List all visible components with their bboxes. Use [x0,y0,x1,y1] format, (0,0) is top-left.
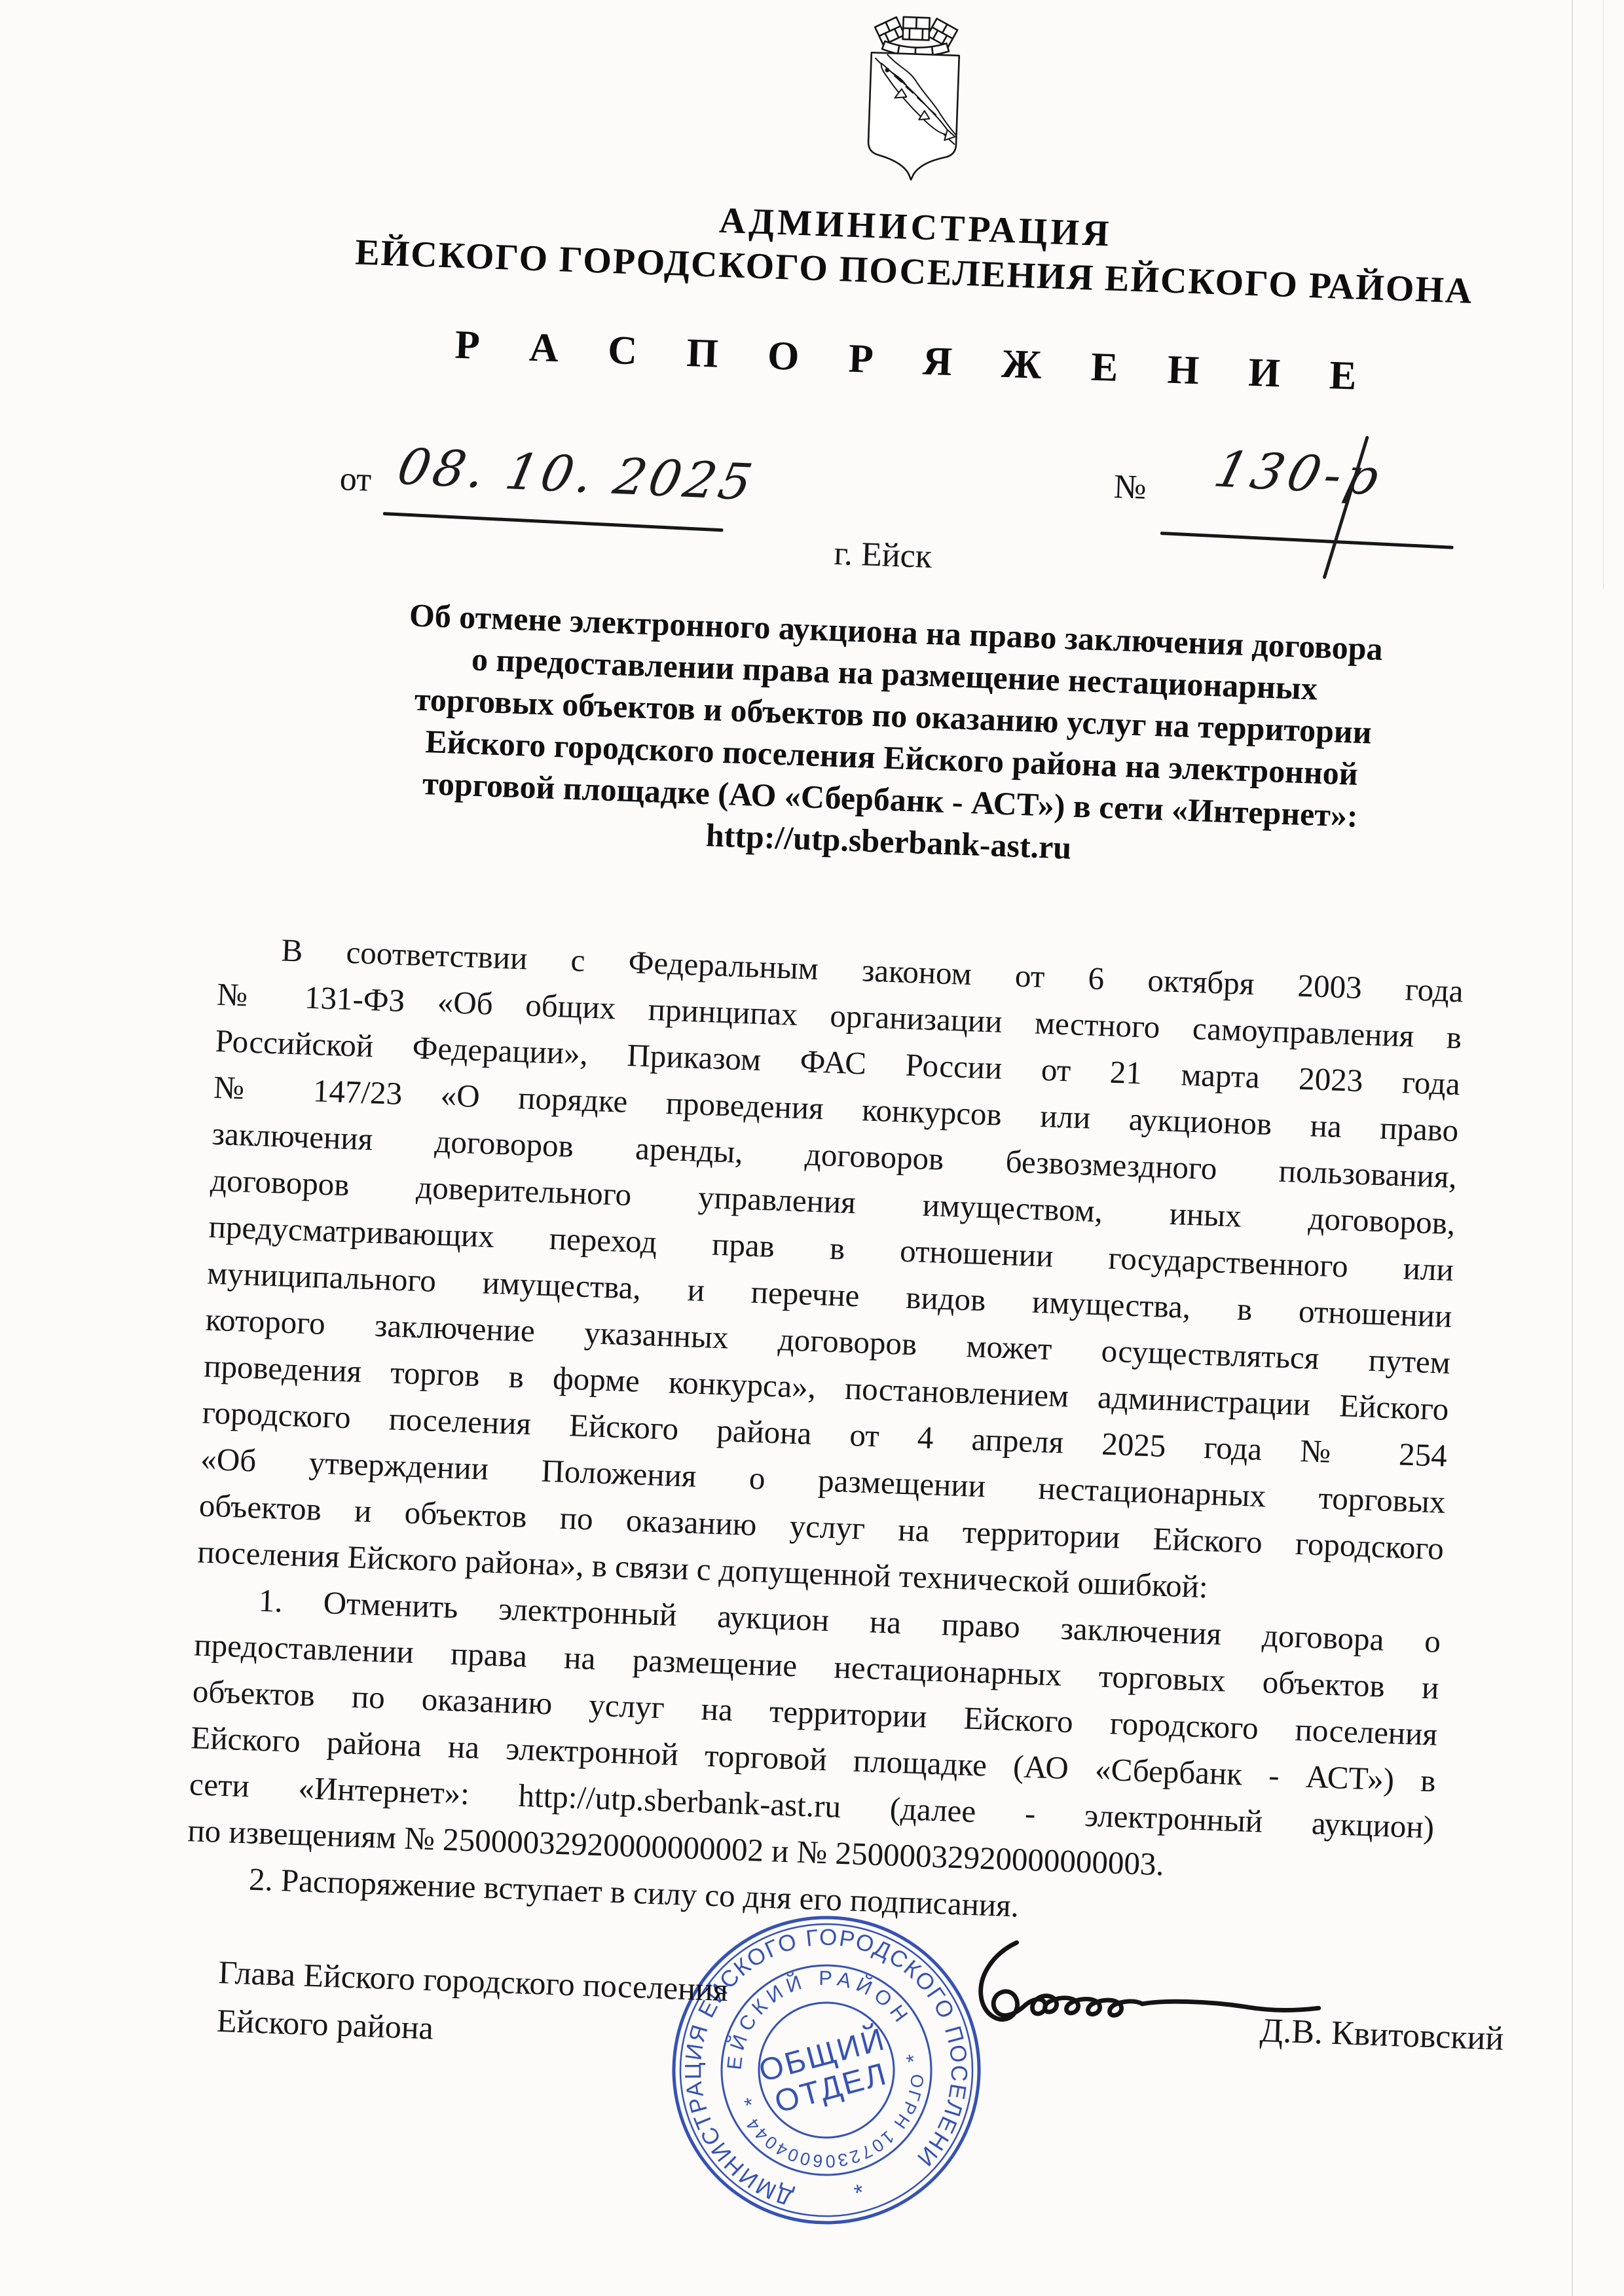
handwritten-signature-icon [904,1930,1369,2091]
handwritten-date: 08. 10. 2025 [393,437,760,511]
yeysk-coat-of-arms-icon [861,12,966,198]
stamp-separator-bottom: * [851,2178,867,2206]
stamp-separator-left: * [742,2092,756,2117]
scan-edge-artifact [1572,0,1573,2296]
body-paragraphs: В соответствии с Федеральным законом от … [185,924,1464,1943]
document-type-heading: Р А С П О Р Я Ж Е Н И Е [274,316,1558,407]
shield [867,52,959,181]
number-label: № [1113,467,1147,507]
place-line: г. Ейск [274,515,1492,596]
header-organization: АДМИНИСТРАЦИЯ ЕЙСКОГО ГОРОДСКОГО ПОСЕЛЕН… [272,183,1558,317]
date-label: от [339,460,372,500]
document-title: Об отмене электронного аукциона на право… [267,589,1519,884]
scanned-document-page: АДМИНИСТРАЦИЯ ЕЙСКОГО ГОРОДСКОГО ПОСЕЛЕН… [0,0,1624,2296]
scan-edge-artifact-2 [1603,0,1604,589]
